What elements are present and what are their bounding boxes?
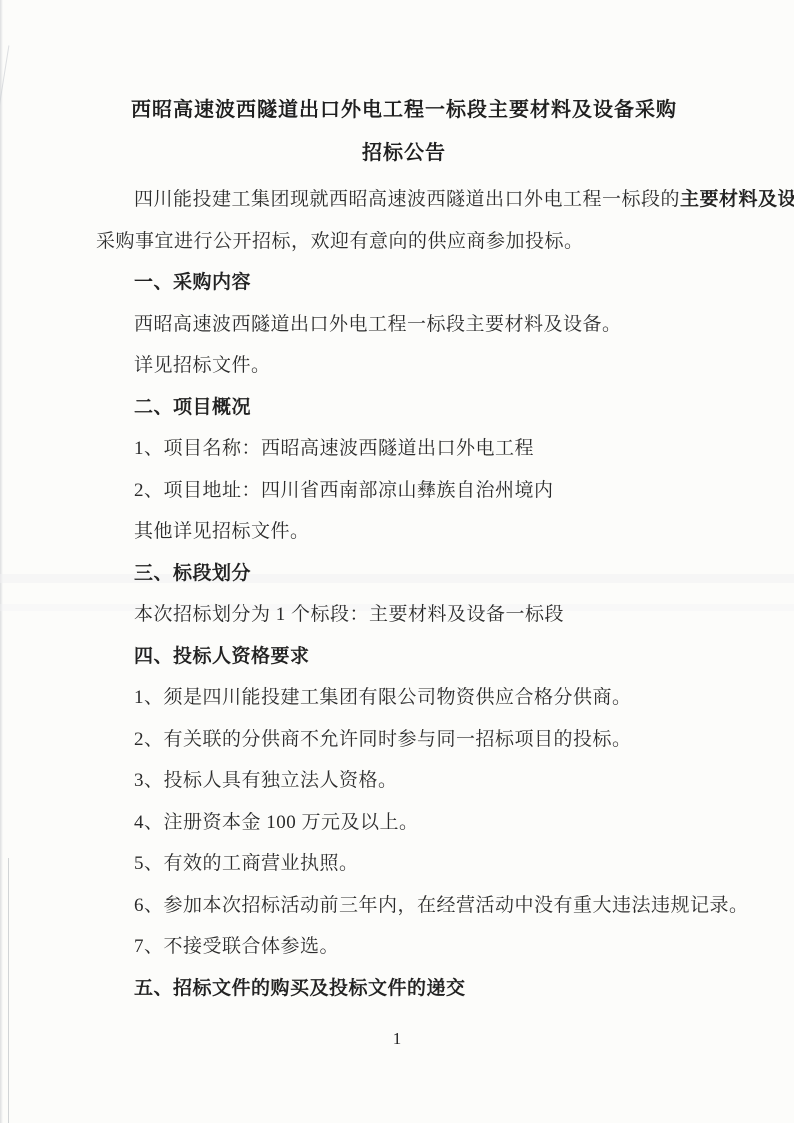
section-2-item: 2、项目地址：四川省西南部凉山彝族自治州境内 (96, 470, 712, 512)
section-3-heading: 三、标段划分 (96, 553, 712, 595)
section-4-item: 3、投标人具有独立法人资格。 (96, 760, 712, 802)
section-4-item: 5、有效的工商营业执照。 (96, 843, 712, 885)
section-5-heading: 五、招标文件的购买及投标文件的递交 (96, 968, 712, 1010)
section-1-heading: 一、采购内容 (96, 262, 712, 304)
section-4-heading: 四、投标人资格要求 (96, 636, 712, 678)
document-title: 西昭高速波西隧道出口外电工程一标段主要材料及设备采购 (96, 0, 712, 124)
section-2-heading: 二、项目概况 (96, 387, 712, 429)
section-4-item: 4、注册资本金 100 万元及以上。 (96, 802, 712, 844)
section-1-item: 西昭高速波西隧道出口外电工程一标段主要材料及设备。 (96, 304, 712, 346)
document-body: 西昭高速波西隧道出口外电工程一标段主要材料及设备采购 招标公告 四川能投建工集团… (0, 0, 794, 1009)
intro-text-regular: 四川能投建工集团现就西昭高速波西隧道出口外电工程一标段的 (134, 189, 680, 210)
section-3-item: 本次招标划分为 1 个标段：主要材料及设备一标段 (96, 594, 712, 636)
document-text: 四川能投建工集团现就西昭高速波西隧道出口外电工程一标段的主要材料及设备 采购事宜… (96, 179, 712, 1009)
intro-text-bold: 主要材料及设备 (680, 189, 794, 210)
scanned-document-page: 西昭高速波西隧道出口外电工程一标段主要材料及设备采购 招标公告 四川能投建工集团… (0, 0, 794, 1123)
section-1-item: 详见招标文件。 (96, 345, 712, 387)
section-4-item: 7、不接受联合体参选。 (96, 926, 712, 968)
document-subtitle: 招标公告 (96, 140, 712, 167)
intro-paragraph-line-2: 采购事宜进行公开招标，欢迎有意向的供应商参加投标。 (96, 221, 712, 263)
section-2-item: 1、项目名称：西昭高速波西隧道出口外电工程 (96, 428, 712, 470)
page-number: 1 (0, 1028, 794, 1050)
section-4-item: 6、参加本次招标活动前三年内，在经营活动中没有重大违法违规记录。 (96, 885, 712, 927)
intro-paragraph-line-1: 四川能投建工集团现就西昭高速波西隧道出口外电工程一标段的主要材料及设备 (96, 179, 712, 221)
section-4-item: 1、须是四川能投建工集团有限公司物资供应合格分供商。 (96, 677, 712, 719)
section-4-item: 2、有关联的分供商不允许同时参与同一招标项目的投标。 (96, 719, 712, 761)
section-2-item: 其他详见招标文件。 (96, 511, 712, 553)
